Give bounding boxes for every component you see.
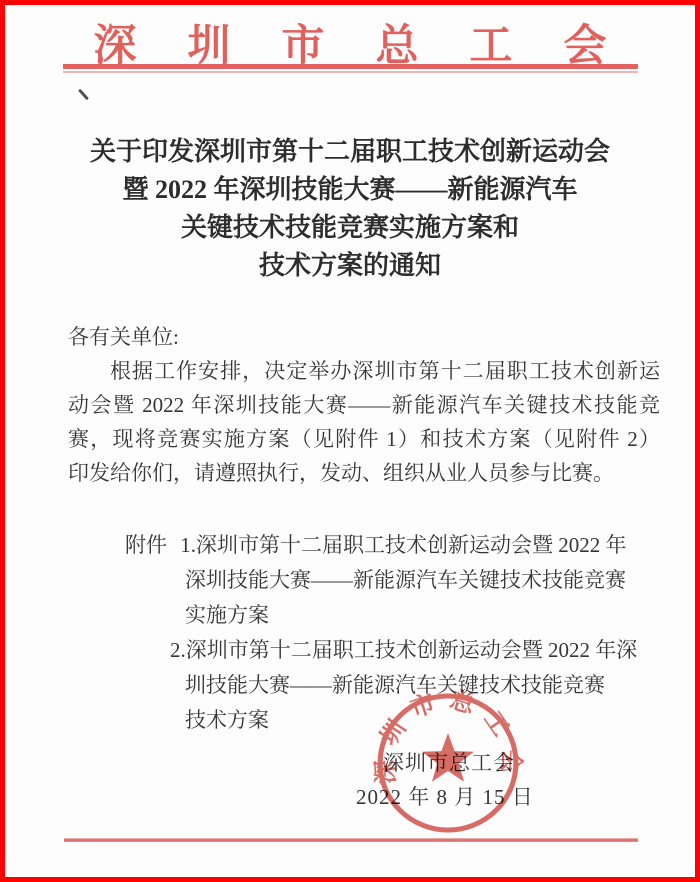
paragraph-line-2: 动会暨 2022 年深圳技能大赛——新能源汽车关键技术技能竞 [68, 388, 660, 422]
title-line-3: 关键技术技能竞赛实施方案和 [5, 209, 695, 247]
document-title: 关于印发深圳市第十二届职工技术创新运动会 暨 2022 年深圳技能大赛——新能源… [5, 133, 695, 285]
attachment-1-line-1: 附件 1.深圳市第十二届职工技术创新运动会暨 2022 年 [125, 528, 670, 563]
star-icon [422, 733, 474, 782]
document-body: 各有关单位: 根据工作安排，决定举办深圳市第十二届职工技术创新运 动会暨 202… [68, 320, 660, 490]
title-line-1: 关于印发深圳市第十二届职工技术创新运动会 [5, 133, 695, 171]
scan-artifact-mark [78, 89, 89, 101]
letterhead-divider-rule [63, 64, 638, 73]
attachments-label: 附件 [125, 528, 167, 563]
attachment-1-text: 1.深圳市第十二届职工技术创新运动会暨 2022 年 [180, 528, 626, 563]
attachment-2-line-1: 2.深圳市第十二届职工技术创新运动会暨 2022 年深 [170, 633, 670, 668]
official-seal-stamp: 深圳市总工会 [372, 688, 524, 838]
title-line-4: 技术方案的通知 [5, 247, 695, 285]
paragraph-line-3: 赛，现将竞赛实施方案（见附件 1）和技术方案（见附件 2） [68, 422, 660, 456]
title-line-2: 暨 2022 年深圳技能大赛——新能源汽车 [5, 171, 695, 209]
attachment-1-line-3: 实施方案 [185, 598, 670, 633]
divider-thin-line [63, 71, 638, 73]
footer-divider-rule [64, 838, 638, 842]
paragraph-line-1: 根据工作安排，决定举办深圳市第十二届职工技术创新运 [68, 354, 660, 388]
scanned-document-page: 深圳市总工会 关于印发深圳市第十二届职工技术创新运动会 暨 2022 年深圳技能… [0, 0, 700, 882]
salutation: 各有关单位: [68, 320, 660, 354]
attachment-1-line-2: 深圳技能大赛——新能源汽车关键技术技能竞赛 [185, 563, 670, 598]
paragraph-line-4: 印发给你们，请遵照执行，发动、组织从业人员参与比赛。 [68, 456, 660, 490]
